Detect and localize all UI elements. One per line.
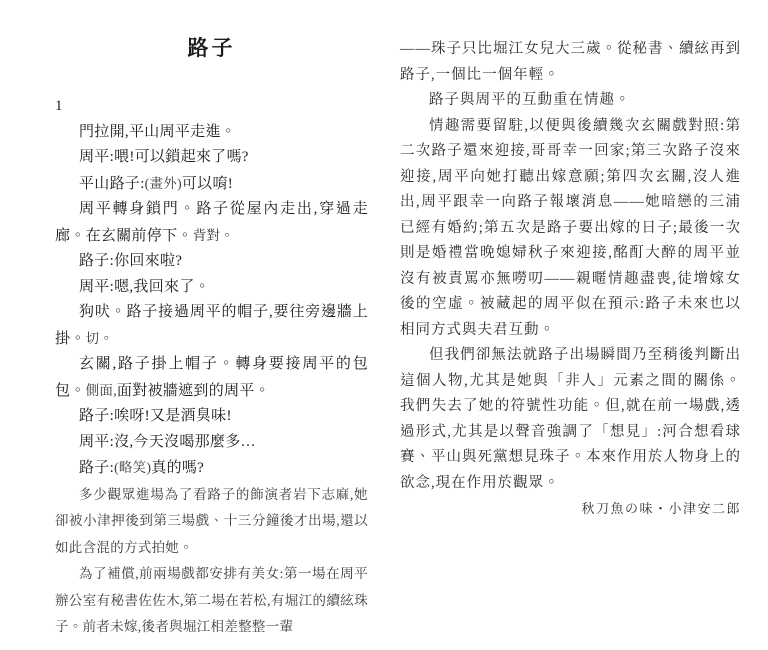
text-segment: 多少觀眾進場為了看路子的飾演者岩下志麻,她卻被小津押後到第三場戲、十三分鐘後才出… [55, 487, 368, 555]
text-segment: (畫外) [145, 176, 182, 191]
left-column: 路子 1 門拉開,平山周平走進。周平:喂!可以鎖起來了嗎?平山路子:(畫外)可以… [55, 36, 368, 641]
paragraph: 情趣需要留駐,以便與後續幾次玄關戲對照:第二次路子還來迎接,哥哥幸一回家;第三次… [400, 114, 741, 344]
paragraph: 周平:沒,今天沒喝那麼多… [55, 430, 368, 456]
text-segment: 門拉開,平山周平走進。 [79, 124, 236, 140]
text-segment: 路子: [79, 460, 114, 476]
text-segment: (略笑) [114, 460, 151, 475]
paragraph: 周平轉身鎖門。路子從屋內走出,穿過走廊。在玄關前停下。背對。 [55, 197, 368, 249]
paragraph: 路子:唉呀!又是酒臭味! [55, 404, 368, 430]
paragraph: 狗吠。路子接過周平的帽子,要往旁邊牆上掛。切。 [55, 300, 368, 352]
text-segment: 面對被牆遮到的周平。 [117, 383, 270, 399]
attribution-line: 秋刀魚の味・小津安二郎 [400, 496, 741, 522]
text-segment: 可以唷! [182, 176, 233, 192]
text-segment: 為了補償,前兩場戲都安排有美女:第一場在周平辦公室有秘書佐佐木,第二場在若松,有… [55, 566, 368, 634]
text-segment: 平山路子: [79, 176, 145, 192]
paragraph: 路子:你回來啦? [55, 249, 368, 275]
paragraph: 周平:喂!可以鎖起來了嗎? [55, 145, 368, 171]
section-number: 1 [55, 94, 368, 120]
text-segment: 背對。 [193, 228, 234, 243]
paragraph: 但我們卻無法就路子出場瞬間乃至稍後判斷出這個人物,尤其是她與「非人」元素之間的關… [400, 343, 741, 496]
text-segment: 切。 [86, 331, 114, 346]
text-segment: 周平:喂!可以鎖起來了嗎? [79, 149, 249, 165]
left-column-paragraphs: 門拉開,平山周平走進。周平:喂!可以鎖起來了嗎?平山路子:(畫外)可以唷!周平轉… [55, 120, 368, 641]
page-title: 路子 [55, 36, 368, 60]
text-segment: 但我們卻無法就路子出場瞬間乃至稍後判斷出這個人物,尤其是她與「非人」元素之間的關… [400, 347, 741, 491]
paragraph: 為了補償,前兩場戲都安排有美女:第一場在周平辦公室有秘書佐佐木,第二場在若松,有… [55, 561, 368, 641]
paragraph: 平山路子:(畫外)可以唷! [55, 171, 368, 198]
paragraph: 周平:嗯,我回來了。 [55, 275, 368, 301]
paragraph: 路子與周平的互動重在情趣。 [400, 88, 741, 114]
text-segment: 路子與周平的互動重在情趣。 [429, 92, 631, 108]
text-segment: 周平:沒,今天沒喝那麼多… [79, 434, 256, 450]
paragraph: 路子:(略笑)真的嗎? [55, 455, 368, 482]
right-column: ——珠子只比堀江女兒大三歲。從秘書、續絃再到路子,一個比一個年輕。路子與周平的互… [400, 37, 741, 522]
text-segment: 情趣需要留駐,以便與後續幾次玄關戲對照:第二次路子還來迎接,哥哥幸一回家;第三次… [400, 118, 741, 338]
paragraph: 玄關,路子掛上帽子。轉身要接周平的包包。側面,面對被牆遮到的周平。 [55, 352, 368, 404]
text-segment: ——珠子只比堀江女兒大三歲。從秘書、續絃再到路子,一個比一個年輕。 [400, 41, 741, 83]
right-column-paragraphs: ——珠子只比堀江女兒大三歲。從秘書、續絃再到路子,一個比一個年輕。路子與周平的互… [400, 37, 741, 496]
paragraph: ——珠子只比堀江女兒大三歲。從秘書、續絃再到路子,一個比一個年輕。 [400, 37, 741, 88]
text-segment: 側面, [86, 383, 117, 398]
document-page: 路子 1 門拉開,平山周平走進。周平:喂!可以鎖起來了嗎?平山路子:(畫外)可以… [0, 0, 768, 650]
paragraph: 多少觀眾進場為了看路子的飾演者岩下志麻,她卻被小津押後到第三場戲、十三分鐘後才出… [55, 482, 368, 562]
text-segment: 路子:唉呀!又是酒臭味! [79, 408, 232, 424]
paragraph: 門拉開,平山周平走進。 [55, 120, 368, 146]
text-segment: 路子:你回來啦? [79, 253, 182, 269]
text-segment: 真的嗎? [151, 460, 204, 476]
text-segment: 周平:嗯,我回來了。 [79, 279, 210, 295]
